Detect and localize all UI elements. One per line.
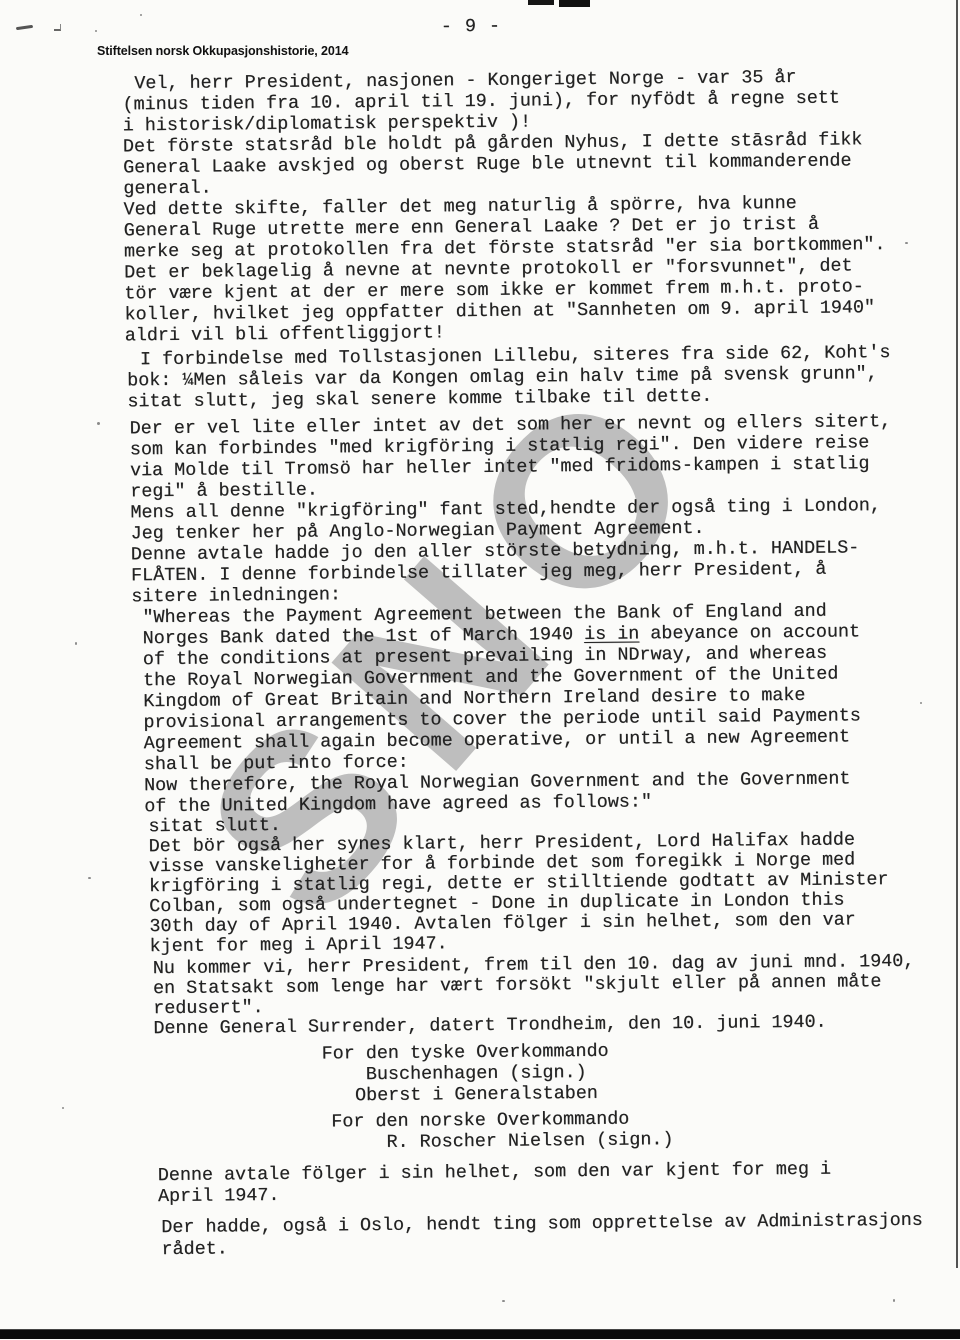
text-segment: aldri vil bli offentliggjort! (125, 322, 445, 346)
document-body: Vel, herr President, nasjonen - Kongerig… (0, 58, 954, 67)
para-avtale-kjent: Denne avtale fölger i sin helhet, som de… (158, 1159, 832, 1207)
text-segment: Oberst i Generalstaben (355, 1083, 598, 1106)
para-statsakt: Nu kommer vi, herr President, frem til d… (153, 952, 915, 1039)
scan-speck (88, 877, 91, 879)
text-line: R. Roscher Nielsen (sign.) (386, 1129, 673, 1153)
para-quote-payment-agreement: "Whereas the Payment Agreement between t… (142, 600, 861, 817)
scanned-document-page: SNO - 9 - Vel, herr President, nasjonen … (0, 0, 960, 1340)
text-line: For den tyske Overkommando (322, 1041, 609, 1065)
para-krigforing: Der er vel lite eller intet av det som h… (130, 411, 893, 607)
text-segment: redusert". (153, 997, 264, 1019)
scan-speck (95, 30, 97, 32)
para-tollstasjonen: I forbindelse med Tollstasjonen Lillebu,… (127, 342, 891, 412)
scan-speck (75, 642, 77, 645)
text-segment: sitat slutt, jeg skal senere komme tilba… (127, 386, 712, 413)
scan-bottom-bar (0, 1329, 960, 1339)
scan-edge-smudge (528, 0, 554, 5)
page-number: - 9 - (441, 16, 501, 38)
archive-stamp: Stiftelsen norsk Okkupasjonshistorie, 20… (97, 44, 348, 58)
para-intro: Vel, herr President, nasjonen - Kongerig… (122, 66, 886, 346)
text-segment: sitat slutt. (148, 815, 281, 837)
text-segment: regi" å bestille. (130, 480, 318, 503)
para-halifax: sitat slutt.Det bör også her synes klart… (148, 810, 889, 957)
text-segment: shall be put into force: (144, 752, 409, 776)
scan-speck (502, 1300, 505, 1302)
scan-speck (893, 1299, 895, 1302)
scan-edge-smudge (559, 0, 590, 7)
scan-speck (905, 242, 908, 244)
text-line: Oberst i Generalstaben (355, 1083, 609, 1106)
text-segment: For den tyske Overkommando (322, 1041, 609, 1065)
signature-block-norske: For den norske OverkommandoR. Roscher Ni… (331, 1108, 673, 1153)
text-segment: April 1947. (158, 1185, 280, 1207)
text-segment: rådet. (161, 1238, 227, 1260)
text-segment: sitere inledningen: (131, 584, 341, 607)
text-segment: Buschenhagen (sign.) (366, 1062, 587, 1085)
para-administrasjonsradet: Der hadde, også i Oslo, hendt ting som o… (161, 1210, 923, 1261)
typewritten-layer: - 9 - Vel, herr President, nasjonen - Ko… (0, 0, 960, 1340)
signature-block-tyske: For den tyske OverkommandoBuschenhagen (… (322, 1041, 610, 1107)
scan-speck (97, 422, 100, 425)
scan-speck (140, 14, 142, 16)
scan-noise-mark (54, 24, 61, 31)
text-segment: abeyance on account (639, 621, 860, 644)
text-segment: general. (123, 178, 211, 200)
text-line: Buschenhagen (sign.) (366, 1062, 609, 1085)
scan-edge-line (956, 0, 958, 1268)
underlined-text: is in (584, 623, 639, 645)
text-segment: kjent for meg i April 1947. (150, 933, 448, 957)
text-segment: For den norske Overkommando (331, 1109, 629, 1133)
scan-speck (62, 1107, 64, 1109)
text-segment: R. Roscher Nielsen (sign.) (386, 1129, 673, 1153)
scan-speck (920, 702, 922, 704)
